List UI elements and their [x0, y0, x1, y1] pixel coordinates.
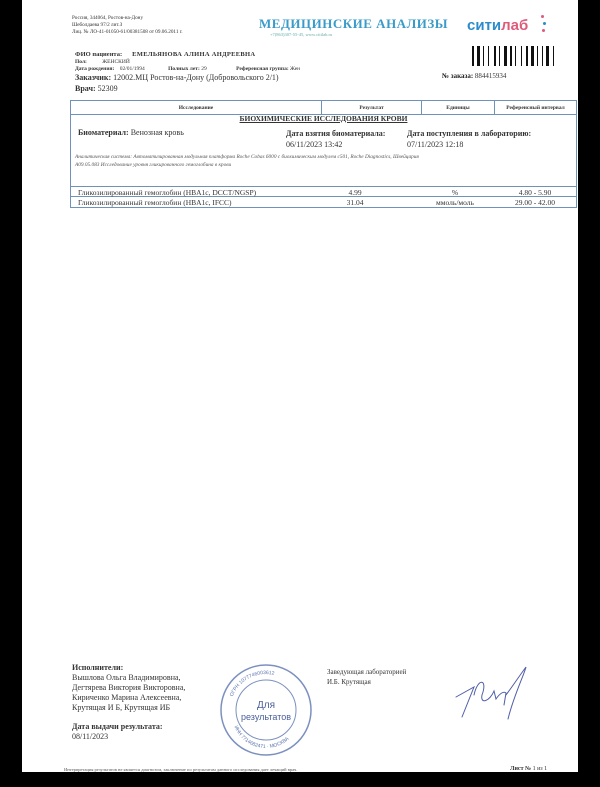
customer-label: Заказчик:	[75, 73, 111, 82]
barcode	[472, 46, 567, 66]
brand-contacts: +7(863)307-55-45, www.citilab.ru	[270, 32, 332, 37]
executor: Дегтярева Виктория Викторовна,	[72, 683, 185, 693]
table-row: Гликозилированный гемоглобин (HBA1c, IFC…	[70, 197, 577, 208]
row-units: %	[425, 188, 485, 197]
executor: Крутящая И Б, Крутящая ИБ	[72, 703, 185, 713]
patient-age-label: Полных лет:	[168, 66, 200, 72]
signature-icon	[452, 665, 532, 725]
svg-text:результатов: результатов	[241, 712, 291, 722]
citilab-logo: ситилаб	[467, 17, 528, 34]
date-received-value: 07/11/2023 12:18	[407, 140, 463, 149]
patient-name-label: ФИО пациента:	[75, 51, 122, 58]
row-test-name: Гликозилированный гемоглобин (HBA1c, DCC…	[78, 188, 256, 197]
head-title: Заведующая лабораторией	[327, 667, 406, 677]
logo-dots-icon	[538, 15, 546, 37]
col-ref: Референсный интервал	[495, 101, 577, 115]
col-units: Единицы	[422, 101, 495, 115]
patient-refgroup-label: Референсная группа:	[236, 66, 289, 72]
disclaimer: Интерпретация результатов не является ди…	[64, 767, 297, 772]
sheet-number: Лист № 1 из 1	[510, 766, 547, 772]
patient-refgroup: Жен	[290, 66, 300, 72]
order-number: № заказа: 884415934	[442, 72, 506, 80]
issue-date: Дата выдачи результата: 08/11/2023	[72, 722, 163, 742]
lab-address: Россия, 344064, Ростов-на-Дону Шеболдаев…	[72, 15, 183, 36]
biomaterial-label: Биоматериал:	[78, 128, 129, 137]
address-line-1: Россия, 344064, Ростов-на-Дону	[72, 15, 183, 22]
patient-sex-line: Пол: ЖЕНСКИЙ	[75, 59, 130, 65]
row-test-name: Гликозилированный гемоглобин (HBA1c, IFC…	[78, 198, 232, 207]
row-ref: 29.00 - 42.00	[495, 198, 575, 207]
logo-part-1: сити	[467, 17, 501, 34]
customer-value: 12002.МЦ Ростов-на-Дону (Добровольского …	[113, 73, 278, 82]
patient-dob-line: Дата рождения: 02/01/1994 Полных лет: 29…	[75, 66, 300, 72]
patient-name-line: ФИО пациента:ЕМЕЛЬЯНОВА АЛИНА АНДРЕЕВНА	[75, 51, 255, 58]
table-row: Гликозилированный гемоглобин (HBA1c, DCC…	[70, 186, 577, 197]
date-taken: Дата взятия биоматериала: 06/11/2023 13:…	[286, 128, 385, 150]
section-title: БИОХИМИЧЕСКИЕ ИССЛЕДОВАНИЯ КРОВИ	[70, 114, 577, 123]
patient-dob-label: Дата рождения:	[75, 66, 114, 72]
order-label: № заказа:	[442, 72, 473, 80]
executor: Кириченко Марина Алексеевна,	[72, 693, 185, 703]
brand-title: МЕДИЦИНСКИЕ АНАЛИЗЫ	[259, 16, 448, 32]
results-table-header: Исследование Результат Единицы Референсн…	[70, 100, 577, 115]
date-received-label: Дата поступления в лабораторию:	[407, 129, 531, 138]
doctor-line: Врач: 52309	[75, 84, 118, 93]
executors-label: Исполнители:	[72, 663, 123, 672]
customer-line: Заказчик: 12002.МЦ Ростов-на-Дону (Добро…	[75, 73, 279, 82]
patient-age: 29	[201, 66, 207, 72]
date-taken-value: 06/11/2023 13:42	[286, 140, 342, 149]
row-result: 31.04	[335, 198, 375, 207]
order-value: 884415934	[475, 72, 507, 80]
issue-date-label: Дата выдачи результата:	[72, 722, 163, 731]
col-result: Результат	[322, 101, 422, 115]
col-test: Исследование	[71, 101, 322, 115]
date-received: Дата поступления в лабораторию: 07/11/20…	[407, 128, 531, 150]
patient-name: ЕМЕЛЬЯНОВА АЛИНА АНДРЕЕВНА	[132, 51, 255, 58]
biomaterial: Биоматериал: Венозная кровь	[78, 128, 184, 137]
report-page: Россия, 344064, Ростов-на-Дону Шеболдаев…	[22, 0, 578, 772]
sheet-label: Лист №	[510, 766, 531, 772]
issue-date-value: 08/11/2023	[72, 732, 163, 742]
patient-sex-label: Пол:	[75, 59, 87, 65]
patient-sex: ЖЕНСКИЙ	[102, 59, 130, 65]
lab-head: Заведующая лабораторией И.Б. Крутящая	[327, 667, 406, 687]
analytic-system-note: Аналитическая система: Автоматизированна…	[75, 154, 570, 169]
doctor-label: Врач:	[75, 84, 96, 93]
patient-dob: 02/01/1994	[120, 66, 145, 72]
address-line-2: Шеболдаева 97/2 лит.З	[72, 22, 183, 29]
row-units: ммоль/моль	[425, 198, 485, 207]
executors: Исполнители: Вышлова Ольга Владимировна,…	[72, 663, 185, 713]
biomaterial-value: Венозная кровь	[131, 128, 184, 137]
row-result: 4.99	[335, 188, 375, 197]
sheet-value: 1 из 1	[533, 766, 548, 772]
svg-text:Для: Для	[257, 700, 275, 711]
doctor-value: 52309	[98, 84, 118, 93]
logo-part-2: лаб	[501, 17, 528, 34]
lab-stamp-icon: ОГРН 1077746003612 ИНН 7714682471 · МОСК…	[218, 662, 314, 758]
row-ref: 4.80 - 5.90	[495, 188, 575, 197]
license-line: Лиц. № ЛО-41-01050-61/00381508 от 09.06.…	[72, 29, 183, 36]
analytic-system: Аналитическая система: Автоматизированна…	[75, 154, 570, 162]
head-name: И.Б. Крутящая	[327, 677, 406, 687]
svg-text:ИНН 7714682471 · МОСКВА: ИНН 7714682471 · МОСКВА	[233, 725, 291, 750]
executor: Вышлова Ольга Владимировна,	[72, 673, 185, 683]
date-taken-label: Дата взятия биоматериала:	[286, 129, 385, 138]
test-code: A09.05.083 Исследование уровня гликирова…	[75, 162, 570, 170]
